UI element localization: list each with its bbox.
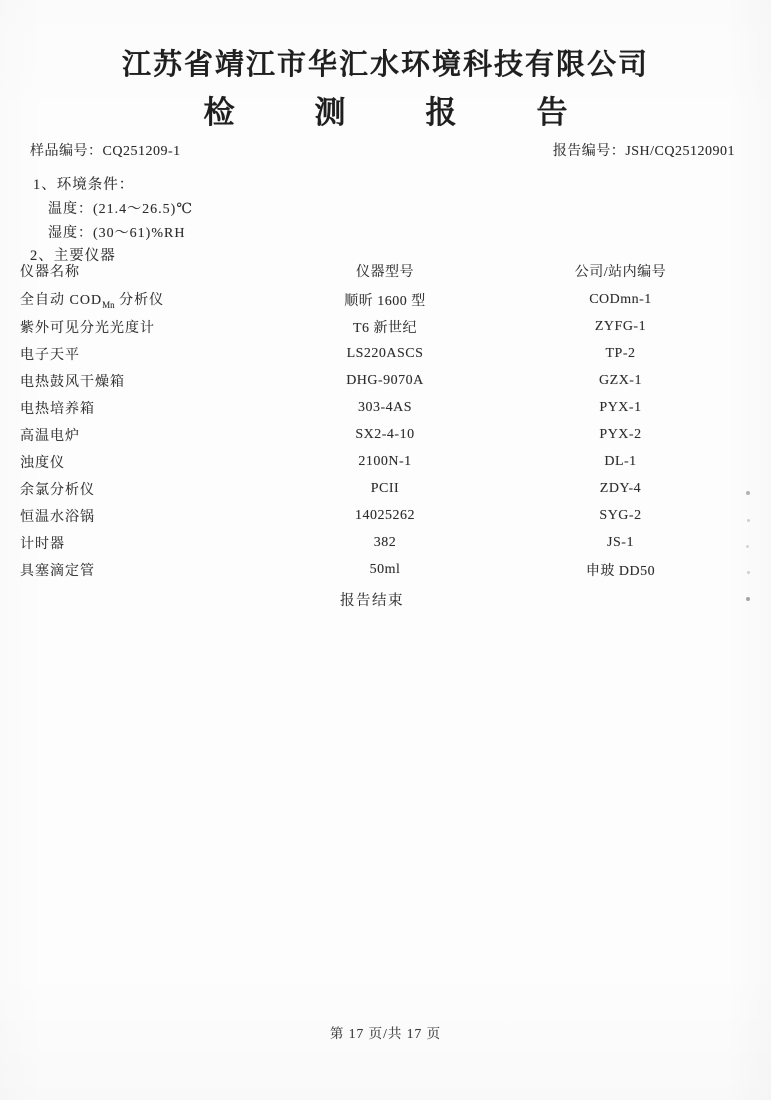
scan-speck: [746, 597, 750, 601]
instrument-model: SX2-4-10: [300, 427, 470, 443]
instrument-code: ZDY-4: [470, 481, 771, 497]
report-title-char: 报: [426, 87, 457, 132]
instrument-table: 仪器名称 仪器型号 公司/站内编号 全自动 CODMn 分析仪 顺昕 1600 …: [20, 259, 771, 583]
instrument-row: 恒温水浴锅 14025262 SYG-2: [20, 502, 771, 529]
instrument-code: SYG-2: [470, 508, 771, 524]
instrument-name: 电热培养箱: [20, 398, 300, 418]
instrument-model: 382: [300, 535, 470, 551]
instrument-row: 紫外可见分光光度计 T6 新世纪 ZYFG-1: [20, 313, 771, 340]
instrument-code: PYX-2: [470, 427, 771, 443]
instrument-model: 顺昕 1600 型: [300, 290, 470, 310]
instrument-name: 电子天平: [20, 344, 300, 364]
column-header-model: 仪器型号: [300, 261, 470, 281]
environment-section-heading: 1、环境条件：: [33, 173, 134, 194]
instrument-row: 余氯分析仪 PCII ZDY-4: [20, 475, 771, 502]
instrument-model: 50ml: [300, 562, 470, 578]
instrument-name: 电热鼓风干燥箱: [20, 371, 300, 391]
report-title-char: 检: [204, 87, 235, 132]
temperature-label: 温度：: [48, 202, 93, 217]
column-header-code: 公司/站内编号: [470, 261, 771, 281]
instrument-name: 余氯分析仪: [20, 479, 300, 499]
column-header-name: 仪器名称: [20, 261, 300, 281]
report-number-value: JSH/CQ25120901: [625, 144, 735, 159]
report-end-text: 报告结束: [0, 589, 744, 610]
sample-number-value: CQ251209-1: [103, 144, 181, 159]
instrument-name: 全自动 CODMn 分析仪: [20, 289, 300, 310]
instrument-row: 具塞滴定管 50ml 申玻 DD50: [20, 556, 771, 583]
report-title-char: 测: [315, 87, 346, 132]
instrument-row: 电热鼓风干燥箱 DHG-9070A GZX-1: [20, 367, 771, 394]
instrument-model: 303-4AS: [300, 400, 470, 416]
instrument-row: 电热培养箱 303-4AS PYX-1: [20, 394, 771, 421]
instrument-model: LS220ASCS: [300, 346, 470, 362]
instrument-row: 高温电炉 SX2-4-10 PYX-2: [20, 421, 771, 448]
instrument-name: 具塞滴定管: [20, 560, 300, 580]
instrument-code: GZX-1: [470, 373, 771, 389]
page-number: 第 17 页/共 17 页: [0, 1022, 771, 1042]
instrument-row: 全自动 CODMn 分析仪 顺昕 1600 型 CODmn-1: [20, 286, 771, 313]
instrument-name: 高温电炉: [20, 425, 300, 445]
instrument-model: DHG-9070A: [300, 373, 470, 389]
instrument-model: 2100N-1: [300, 454, 470, 470]
instrument-code: ZYFG-1: [470, 319, 771, 335]
instrument-name-subscript: Mn: [102, 300, 115, 310]
instrument-name: 恒温水浴锅: [20, 506, 300, 526]
instrument-name: 紫外可见分光光度计: [20, 317, 300, 337]
humidity-label: 湿度：: [48, 226, 93, 241]
instrument-name: 计时器: [20, 533, 300, 553]
instrument-code: JS-1: [470, 535, 771, 551]
instrument-code: 申玻 DD50: [470, 560, 771, 580]
report-title-char: 告: [537, 87, 568, 132]
instrument-code: DL-1: [470, 454, 771, 470]
meta-row: 样品编号：CQ251209-1 报告编号：JSH/CQ25120901: [30, 140, 735, 160]
instrument-row: 浊度仪 2100N-1 DL-1: [20, 448, 771, 475]
temperature-line: 温度：(21.4～26.5)℃: [48, 198, 193, 218]
company-name: 江苏省靖江市华汇水环境科技有限公司: [0, 42, 771, 83]
instrument-row: 电子天平 LS220ASCS TP-2: [20, 340, 771, 367]
report-number-label: 报告编号：: [553, 144, 626, 159]
instrument-code: TP-2: [470, 346, 771, 362]
instrument-model: 14025262: [300, 508, 470, 524]
report-page: 江苏省靖江市华汇水环境科技有限公司 检 测 报 告 样品编号：CQ251209-…: [0, 0, 771, 1100]
report-title: 检 测 报 告: [0, 87, 771, 132]
temperature-value: (21.4～26.5)℃: [93, 202, 193, 217]
report-number: 报告编号：JSH/CQ25120901: [553, 140, 735, 160]
instrument-code: CODmn-1: [470, 292, 771, 308]
instrument-name: 浊度仪: [20, 452, 300, 472]
instrument-row: 计时器 382 JS-1: [20, 529, 771, 556]
instrument-model: T6 新世纪: [300, 317, 470, 337]
sample-number: 样品编号：CQ251209-1: [30, 140, 181, 160]
instrument-table-header: 仪器名称 仪器型号 公司/站内编号: [20, 259, 771, 283]
sample-number-label: 样品编号：: [30, 144, 103, 159]
humidity-value: (30～61)%RH: [93, 226, 185, 241]
instrument-model: PCII: [300, 481, 470, 497]
instrument-code: PYX-1: [470, 400, 771, 416]
humidity-line: 湿度：(30～61)%RH: [48, 222, 185, 242]
